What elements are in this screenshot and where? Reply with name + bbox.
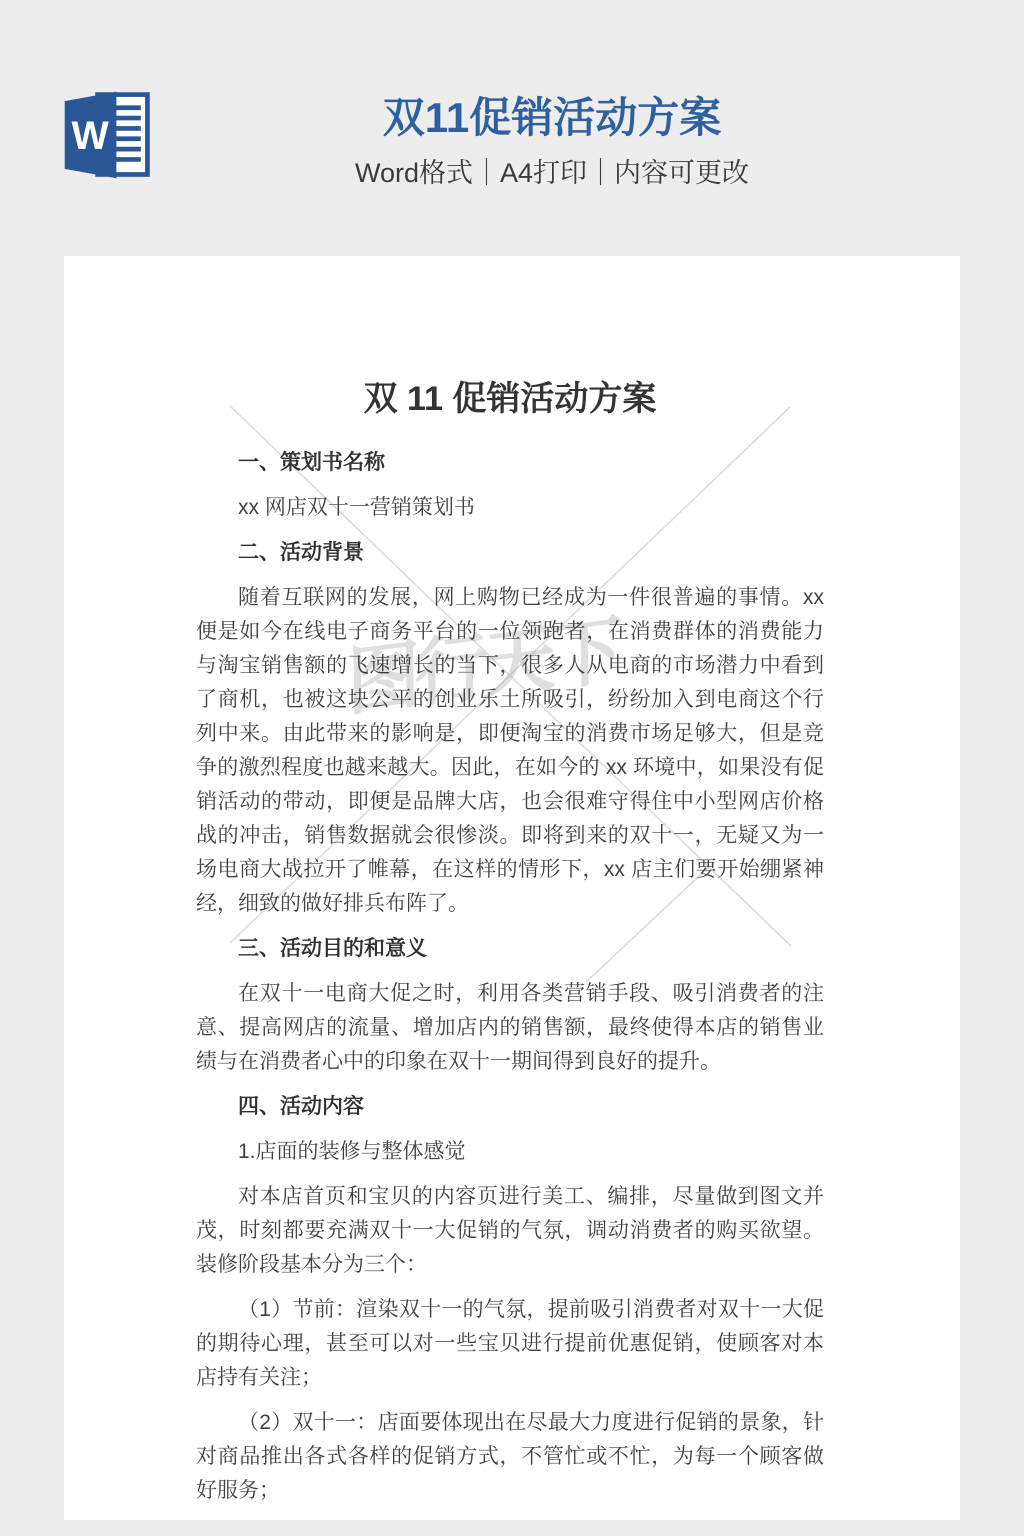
document-title: 双 11 促销活动方案 [196, 376, 824, 422]
page-subtitle: Word格式｜A4打印｜内容可更改 [80, 154, 1024, 192]
page-title: 双11促销活动方案 [80, 94, 1024, 142]
paragraph: 随着互联网的发展，网上购物已经成为一件很普遍的事情。xx 便是如今在线电子商务平… [196, 581, 824, 921]
template-header: W 双11促销活动方案 Word格式｜A4打印｜内容可更改 [0, 0, 1024, 256]
section-heading: 二、活动背景 [196, 536, 824, 570]
paragraph: （2）双十一：店面要体现出在尽最大力度进行促销的景象，针对商品推出各式各样的促销… [196, 1406, 824, 1508]
paragraph: 1.店面的装修与整体感觉 [196, 1135, 824, 1169]
document-content: 双 11 促销活动方案 一、策划书名称xx 网店双十一营销策划书二、活动背景随着… [64, 256, 960, 1520]
paragraph: 在双十一电商大促之时，利用各类营销手段、吸引消费者的注意、提高网店的流量、增加店… [196, 977, 824, 1079]
section-heading: 三、活动目的和意义 [196, 932, 824, 966]
paragraph: 对本店首页和宝贝的内容页进行美工、编排，尽量做到图文并茂，时刻都要充满双十一大促… [196, 1180, 824, 1282]
section-heading: 四、活动内容 [196, 1090, 824, 1124]
paragraph: xx 网店双十一营销策划书 [196, 491, 824, 525]
section-heading: 一、策划书名称 [196, 446, 824, 480]
document-body: 一、策划书名称xx 网店双十一营销策划书二、活动背景随着互联网的发展，网上购物已… [196, 446, 824, 1508]
paragraph: （1）节前：渲染双十一的气氛，提前吸引消费者对双十一大促的期待心理，甚至可以对一… [196, 1293, 824, 1395]
document-page: 图行天下 双 11 促销活动方案 一、策划书名称xx 网店双十一营销策划书二、活… [64, 256, 960, 1520]
